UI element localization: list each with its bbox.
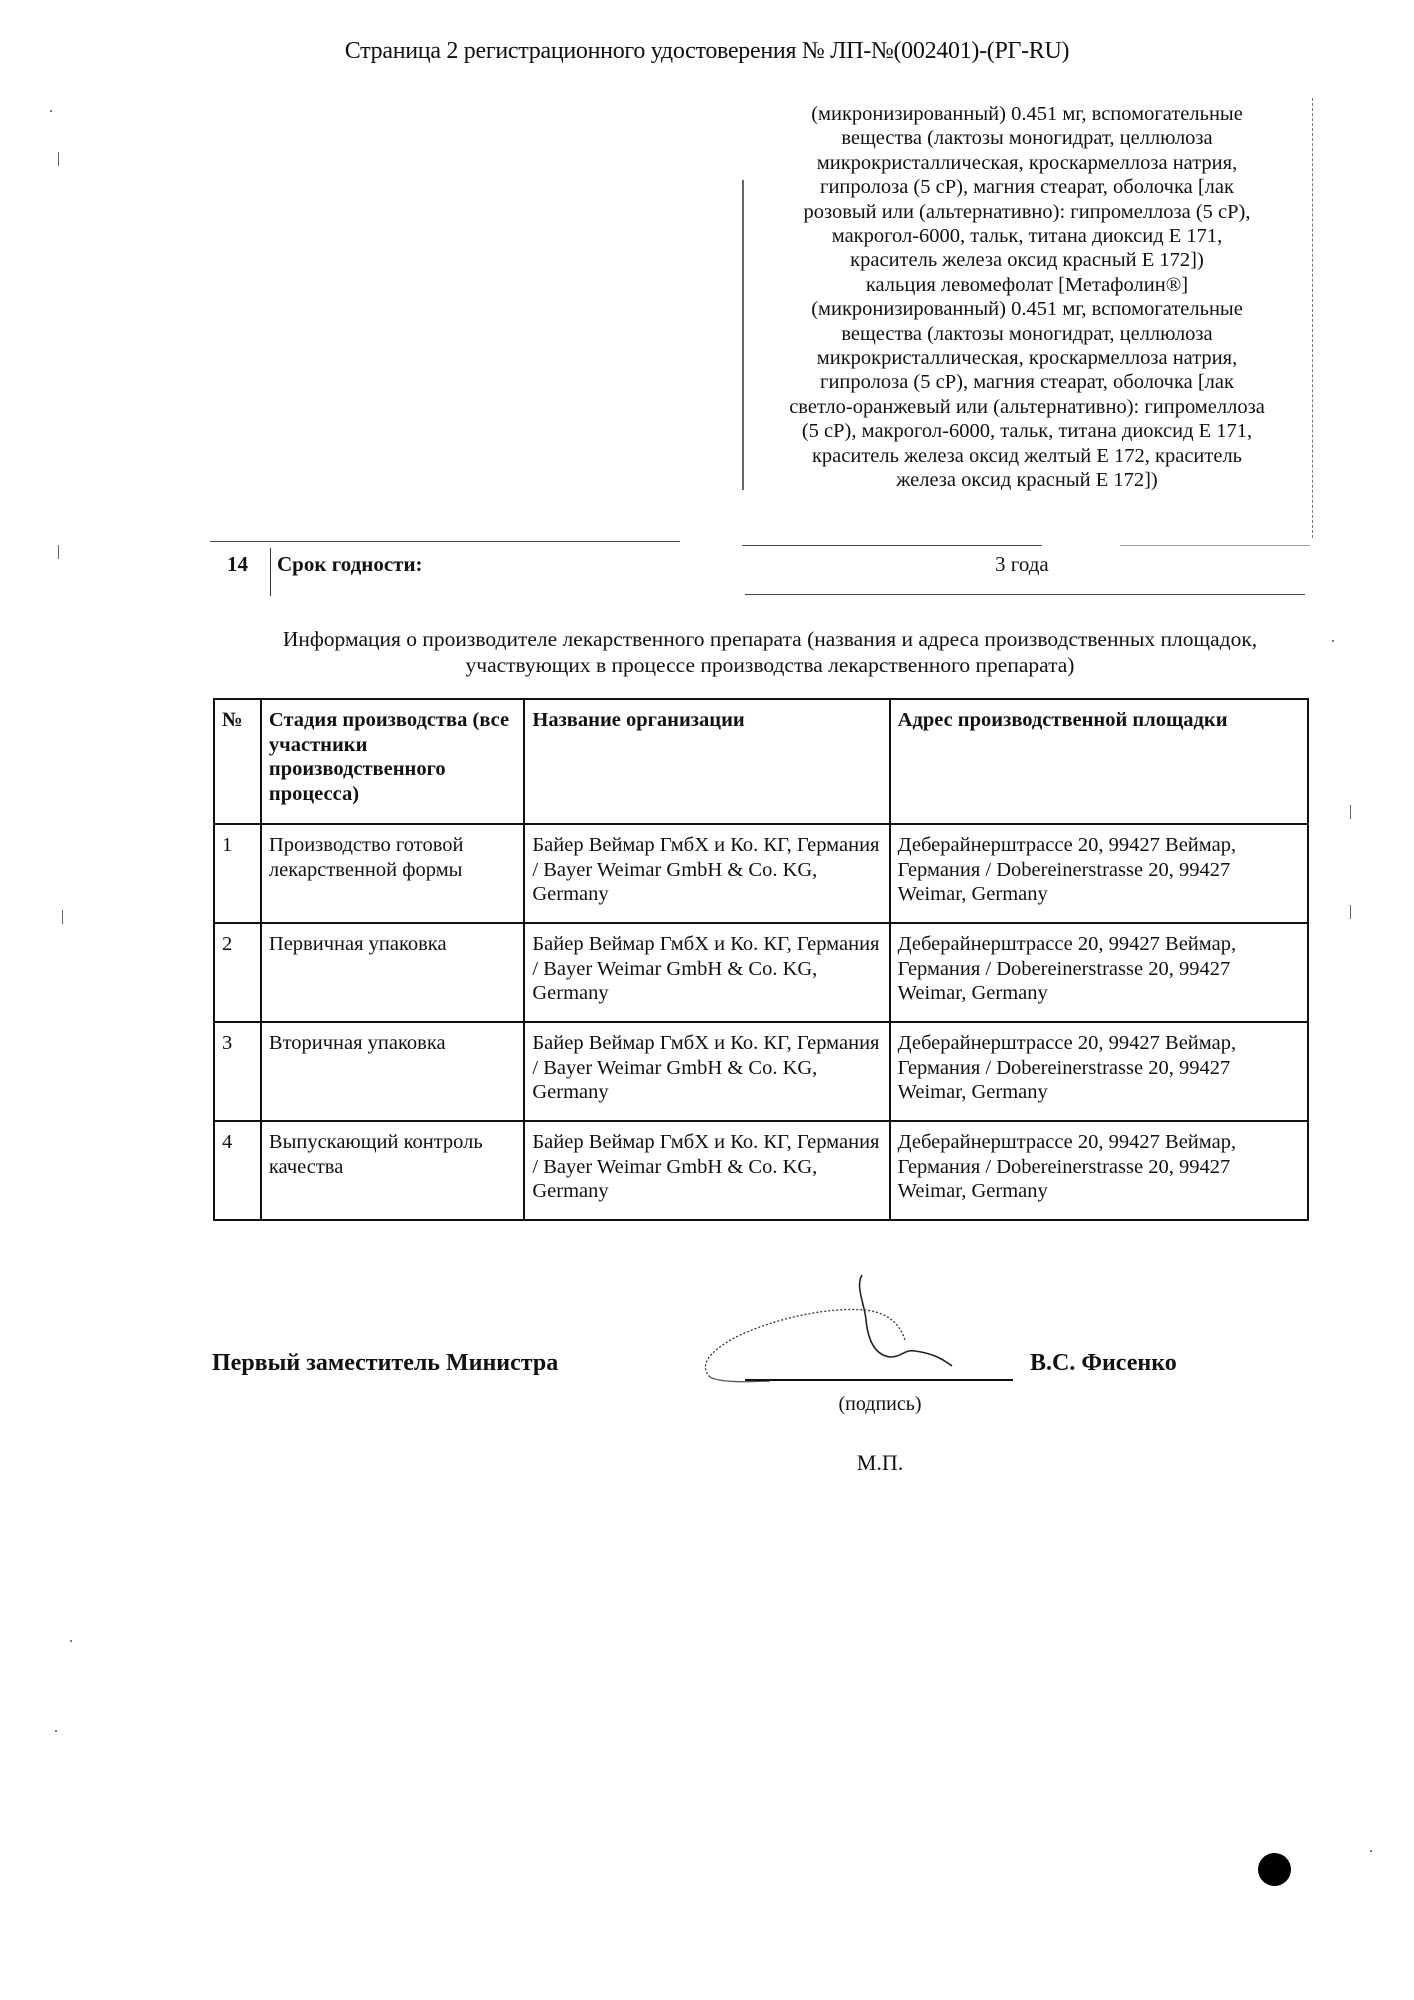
header-organization: Название организации [524, 699, 889, 824]
table-row: 2 Первичная упаковка Байер Веймар ГмбХ и… [214, 923, 1308, 1022]
composition-line: макрогол-6000, тальк, титана диоксид Е 1… [742, 224, 1312, 248]
table-row: 4 Выпускающий контроль качества Байер Ве… [214, 1121, 1308, 1220]
cell-number: 1 [214, 824, 261, 923]
cell-stage: Производство готовой лекарственной формы [261, 824, 524, 923]
composition-line: краситель железа оксид желтый Е 172, кра… [742, 444, 1312, 468]
page-header: Страница 2 регистрационного удостоверени… [0, 38, 1414, 65]
cell-number: 2 [214, 923, 261, 1022]
composition-line: светло-оранжевый или (альтернативно): ги… [742, 395, 1312, 419]
info-line-1: Информация о производителе лекарственног… [210, 626, 1330, 652]
composition-line: микрокристаллическая, кроскармеллоза нат… [742, 346, 1312, 370]
composition-line: розовый или (альтернативно): гипромеллоз… [742, 200, 1312, 224]
table-header-row: № Стадия производства (все участники про… [214, 699, 1308, 824]
header-number: № [214, 699, 261, 824]
scan-speck [55, 1730, 57, 1732]
cell-number: 4 [214, 1121, 261, 1220]
manufacturer-table: № Стадия производства (все участники про… [213, 698, 1309, 1221]
composition-line: кальция левомефолат [Метафолин®] [742, 273, 1312, 297]
cell-organization: Байер Веймар ГмбХ и Ко. КГ, Германия / B… [524, 1121, 889, 1220]
signatory-name: В.С. Фисенко [1030, 1350, 1177, 1377]
composition-line: гипролоза (5 cP), магния стеарат, оболоч… [742, 370, 1312, 394]
column-divider [270, 548, 271, 596]
manufacturer-info-heading: Информация о производителе лекарственног… [210, 626, 1330, 678]
cell-number: 3 [214, 1022, 261, 1121]
composition-text: (микронизированный) 0.451 мг, вспомогате… [742, 102, 1312, 493]
scan-speck [50, 110, 52, 112]
cell-address: Деберайнерштрассе 20, 99427 Веймар, Герм… [890, 824, 1308, 923]
header-address: Адрес производственной площадки [890, 699, 1308, 824]
composition-line: микрокристаллическая, кроскармеллоза нат… [742, 151, 1312, 175]
black-dot-mark [1258, 1853, 1291, 1886]
cell-address: Деберайнерштрассе 20, 99427 Веймар, Герм… [890, 1022, 1308, 1121]
composition-line: гипролоза (5 cP), магния стеарат, оболоч… [742, 175, 1312, 199]
scan-speck [1332, 640, 1334, 642]
cell-organization: Байер Веймар ГмбХ и Ко. КГ, Германия / B… [524, 1022, 889, 1121]
info-line-2: участвующих в процессе производства лека… [210, 652, 1330, 678]
scan-speck [1350, 805, 1351, 819]
cell-organization: Байер Веймар ГмбХ и Ко. КГ, Германия / B… [524, 824, 889, 923]
signature-caption: (подпись) [0, 1393, 1414, 1416]
table-row: 3 Вторичная упаковка Байер Веймар ГмбХ и… [214, 1022, 1308, 1121]
cell-stage: Первичная упаковка [261, 923, 524, 1022]
scan-speck [58, 152, 59, 166]
table-row: 1 Производство готовой лекарственной фор… [214, 824, 1308, 923]
cell-stage: Вторичная упаковка [261, 1022, 524, 1121]
cell-stage: Выпускающий контроль качества [261, 1121, 524, 1220]
shelf-life-value: 3 года [995, 552, 1049, 577]
cell-address: Деберайнерштрассе 20, 99427 Веймар, Герм… [890, 923, 1308, 1022]
composition-line: вещества (лактозы моногидрат, целлюлоза [742, 322, 1312, 346]
signature-line [745, 1379, 1013, 1381]
handwritten-signature [690, 1265, 1010, 1395]
scan-speck [62, 910, 63, 924]
composition-line: железа оксид красный Е 172]) [742, 468, 1312, 492]
scan-speck [1370, 1850, 1372, 1852]
shelf-life-label: Срок годности: [277, 552, 423, 577]
composition-line: краситель железа оксид красный Е 172]) [742, 248, 1312, 272]
composition-line: (микронизированный) 0.451 мг, вспомогате… [742, 297, 1312, 321]
scan-speck [70, 1640, 72, 1642]
header-stage: Стадия производства (все участники произ… [261, 699, 524, 824]
row-number: 14 [227, 552, 248, 577]
scan-speck [1350, 905, 1351, 919]
scan-speck [58, 545, 59, 559]
table-border-right [1312, 98, 1314, 538]
signatory-position: Первый заместитель Министра [212, 1350, 558, 1377]
shelf-life-row: 14 Срок годности: 3 года [205, 540, 1315, 596]
composition-line: (5 cP), макрогол-6000, тальк, титана дио… [742, 419, 1312, 443]
stamp-placeholder: М.П. [0, 1450, 1414, 1476]
composition-line: вещества (лактозы моногидрат, целлюлоза [742, 126, 1312, 150]
cell-organization: Байер Веймар ГмбХ и Ко. КГ, Германия / B… [524, 923, 889, 1022]
cell-address: Деберайнерштрассе 20, 99427 Веймар, Герм… [890, 1121, 1308, 1220]
composition-line: (микронизированный) 0.451 мг, вспомогате… [742, 102, 1312, 126]
